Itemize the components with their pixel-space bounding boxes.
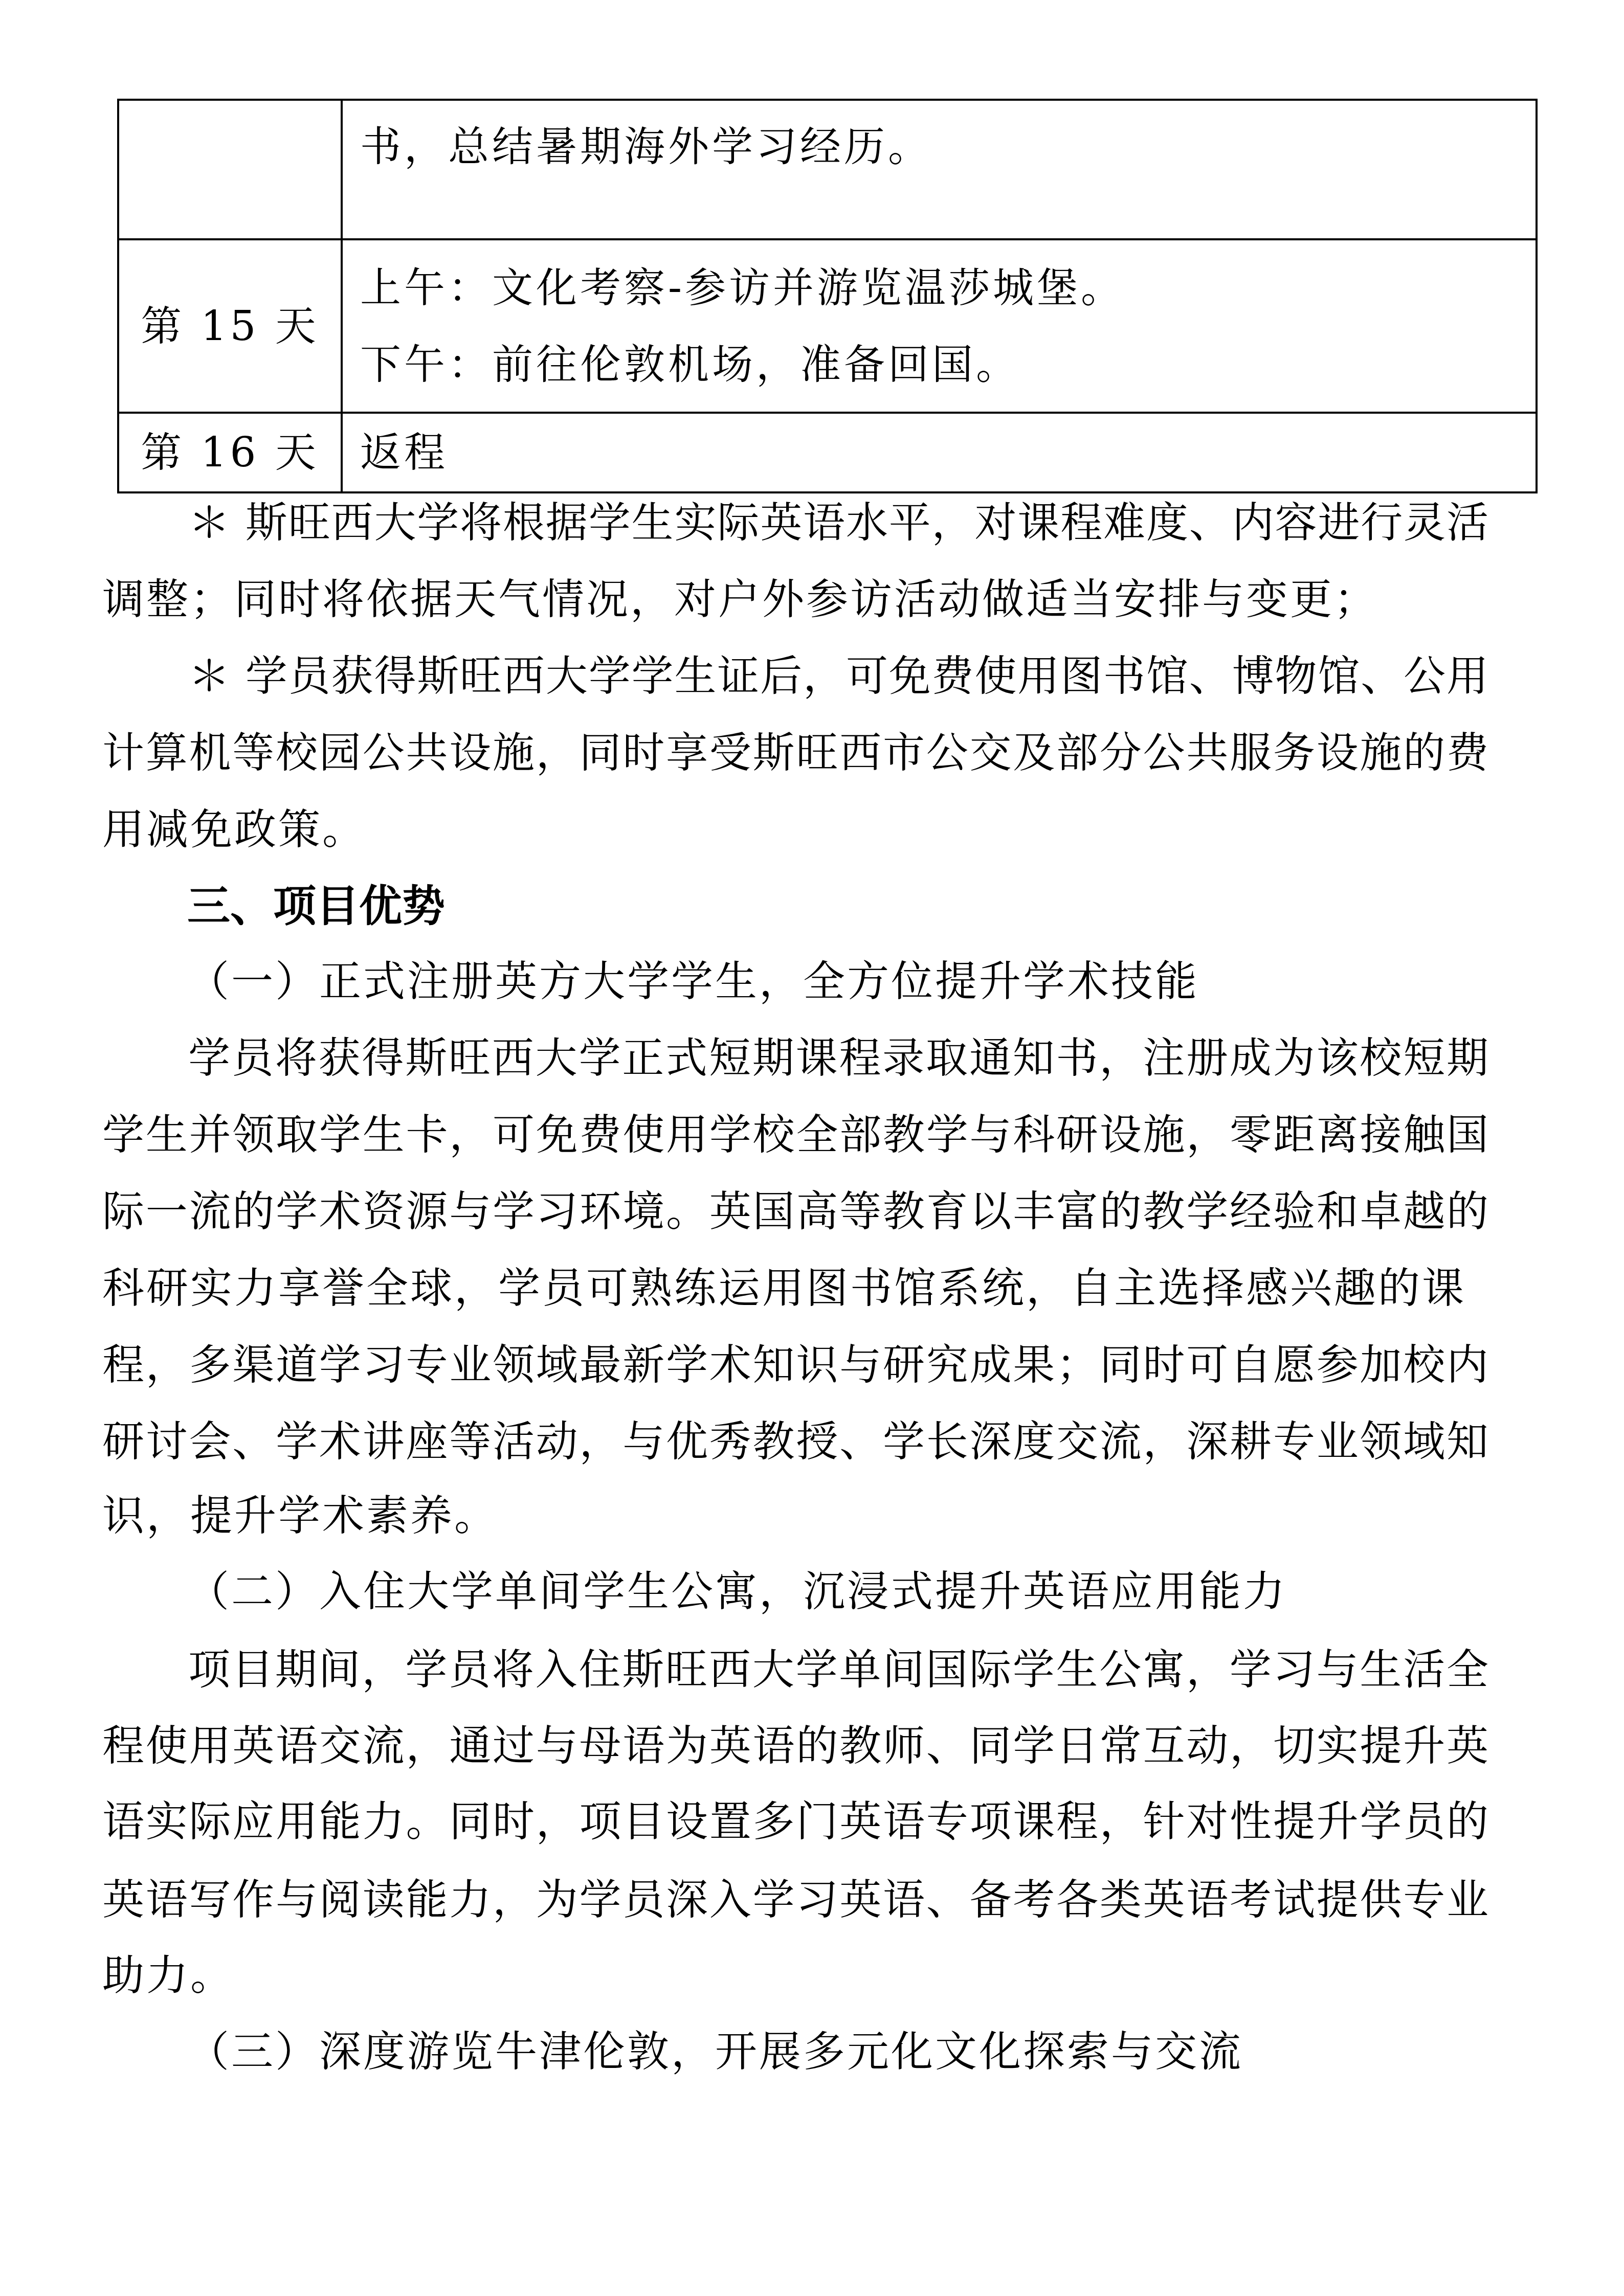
subsection-1-title: （一）正式注册英方大学学生，全方位提升学术技能 (187, 943, 1573, 1020)
note-2-line-1: ＊ 学员获得斯旺西大学学生证后，可免费使用图书馆、博物馆、公用 (188, 638, 1488, 715)
note-1-line-1: ＊ 斯旺西大学将根据学生实际英语水平，对课程难度、内容进行灵活 (188, 485, 1488, 561)
detail-cell: 返程 (342, 413, 1537, 492)
note-1-line-2: 调整；同时将依据天气情况，对户外参访活动做适当安排与变更； (102, 561, 1488, 638)
table-row: 书，总结暑期海外学习经历。 (118, 100, 1537, 239)
detail-cell: 书，总结暑期海外学习经历。 (342, 100, 1537, 239)
document-page: 书，总结暑期海外学习经历。 第 15 天 上午：文化考察-参访并游览温莎城堡。 … (0, 0, 1624, 2296)
subsection-1-paragraph-line: 程，多渠道学习专业领域最新学术知识与研究成果；同时可自愿参加校内 (102, 1327, 1488, 1404)
note-2-line-2: 计算机等校园公共设施，同时享受斯旺西市公交及部分公共服务设施的费 (102, 715, 1488, 792)
subsection-2-paragraph-line: 程使用英语交流，通过与母语为英语的教师、同学日常互动，切实提升英 (102, 1708, 1488, 1785)
day-label: 第 15 天 (141, 302, 319, 350)
subsection-1-paragraph-line: 学员将获得斯旺西大学正式短期课程录取通知书，注册成为该校短期 (188, 1020, 1488, 1097)
table-row: 第 16 天 返程 (118, 413, 1537, 492)
subsection-2-paragraph-line: 助力。 (102, 1938, 1488, 2014)
subsection-3-title: （三）深度游览牛津伦敦，开展多元化文化探索与交流 (187, 2014, 1573, 2090)
subsection-2-paragraph-line: 语实际应用能力。同时，项目设置多门英语专项课程，针对性提升学员的 (102, 1784, 1488, 1860)
detail-cell: 上午：文化考察-参访并游览温莎城堡。 下午：前往伦敦机场，准备回国。 (342, 239, 1537, 413)
day-cell: 第 15 天 (118, 239, 342, 413)
detail-line-morning: 上午：文化考察-参访并游览温莎城堡。 (360, 250, 1536, 326)
subsection-1-paragraph-line: 际一流的学术资源与学习环境。英国高等教育以丰富的教学经验和卓越的 (102, 1174, 1488, 1250)
detail-line-afternoon: 下午：前往伦敦机场，准备回国。 (360, 326, 1536, 403)
detail-line: 返程 (360, 414, 1536, 491)
table-row: 第 15 天 上午：文化考察-参访并游览温莎城堡。 下午：前往伦敦机场，准备回国… (118, 239, 1537, 413)
subsection-2-title: （二）入住大学单间学生公寓，沉浸式提升英语应用能力 (187, 1554, 1573, 1630)
subsection-2-paragraph-line: 项目期间，学员将入住斯旺西大学单间国际学生公寓，学习与生活全 (188, 1632, 1488, 1708)
subsection-1-paragraph-line: 识，提升学术素养。 (102, 1478, 1488, 1555)
subsection-1-paragraph-line: 学生并领取学生卡，可免费使用学校全部教学与科研设施，零距离接触国 (102, 1097, 1488, 1174)
day-label: 第 16 天 (141, 429, 319, 476)
detail-line: 书，总结暑期海外学习经历。 (360, 108, 1536, 185)
subsection-1-paragraph-line: 研讨会、学术讲座等活动，与优秀教授、学长深度交流，深耕专业领域知 (102, 1404, 1488, 1480)
schedule-table: 书，总结暑期海外学习经历。 第 15 天 上午：文化考察-参访并游览温莎城堡。 … (117, 99, 1538, 493)
section-heading: 三、项目优势 (187, 868, 1573, 944)
day-cell: 第 16 天 (118, 413, 342, 492)
note-2-line-3: 用减免政策。 (102, 792, 1488, 868)
subsection-1-paragraph-line: 科研实力享誉全球，学员可熟练运用图书馆系统，自主选择感兴趣的课 (102, 1250, 1488, 1327)
subsection-2-paragraph-line: 英语写作与阅读能力，为学员深入学习英语、备考各类英语考试提供专业 (102, 1862, 1488, 1939)
day-cell (118, 100, 342, 239)
